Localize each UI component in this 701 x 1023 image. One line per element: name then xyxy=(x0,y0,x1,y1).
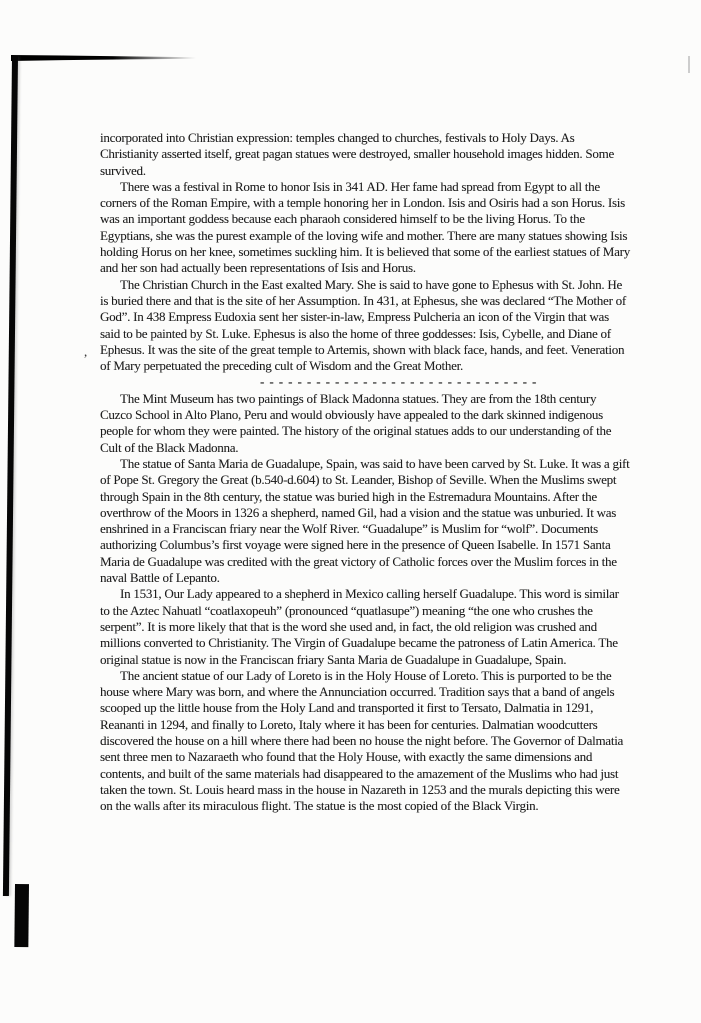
scan-edge-artifact-left xyxy=(3,56,18,896)
paragraph-guadalupe-mexico: In 1531, Our Lady appeared to a shepherd… xyxy=(100,586,630,667)
scanned-document-page: , incorporated into Christian expression… xyxy=(0,0,701,1023)
dashed-separator: - - - - - - - - - - - - - - - - - - - - … xyxy=(100,374,630,390)
paragraph-continuation: incorporated into Christian expression: … xyxy=(100,130,630,179)
paragraph-ephesus-mary: The Christian Church in the East exalted… xyxy=(100,277,630,375)
scan-speck-top-right xyxy=(688,56,690,73)
scan-edge-artifact-left-foot xyxy=(14,884,29,947)
stray-mark: , xyxy=(84,344,87,360)
scan-edge-artifact-top xyxy=(11,55,196,61)
paragraph-isis-festival: There was a festival in Rome to honor Is… xyxy=(100,179,630,277)
document-text-block: incorporated into Christian expression: … xyxy=(100,130,630,814)
paragraph-loreto: The ancient statue of our Lady of Loreto… xyxy=(100,668,630,815)
paragraph-guadalupe-spain: The statue of Santa Maria de Guadalupe, … xyxy=(100,456,630,586)
paragraph-mint-museum: The Mint Museum has two paintings of Bla… xyxy=(100,391,630,456)
